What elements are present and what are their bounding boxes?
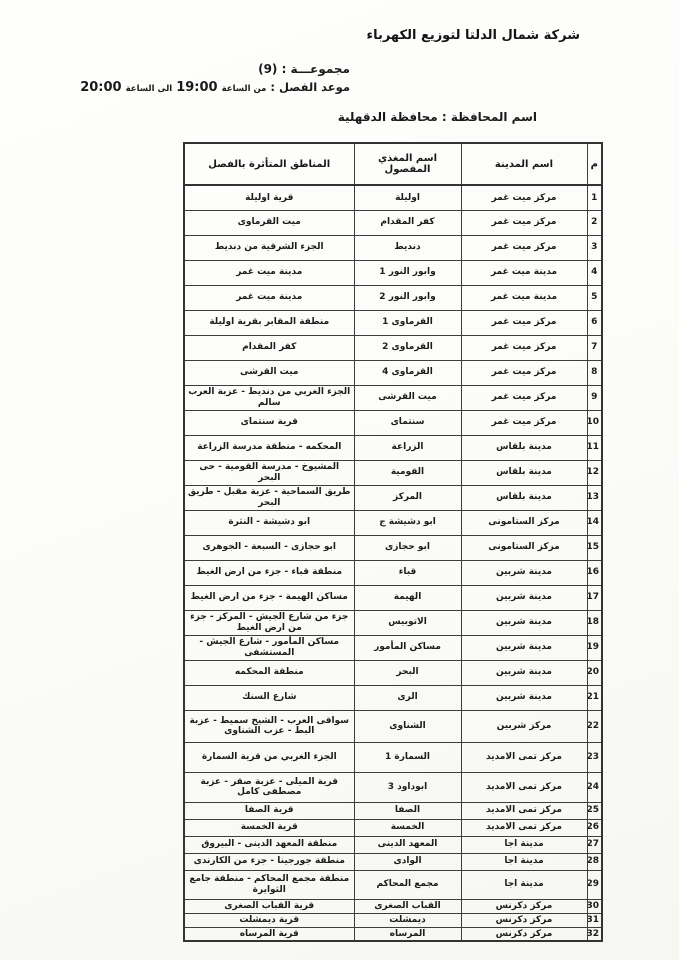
areas-cell: قرية القباب الصغرى: [184, 899, 354, 913]
table-row: 18مدينة شربينالاتوبيسجزء من شارع الجيش -…: [184, 610, 602, 635]
table-row: 26مركز تمى الامديدالخمسةقرية الخمسة: [184, 819, 602, 836]
outage-from-time: 19:00: [176, 80, 217, 95]
row-number-cell: 13: [587, 485, 602, 510]
city-cell: مدينة شربين: [461, 685, 587, 710]
feeder-cell: الزراعة: [354, 435, 461, 460]
column-header-city: اسم المدينة: [461, 143, 587, 185]
table-row: 27مدينة اجاالمعهد الدينىمنطقة المعهد الد…: [184, 836, 602, 853]
city-cell: مركز دكرنس: [461, 913, 587, 927]
city-cell: مركز ميت غمر: [461, 235, 587, 260]
city-cell: مركز ميت غمر: [461, 310, 587, 335]
row-number-cell: 9: [587, 385, 602, 410]
feeder-cell: الرى: [354, 685, 461, 710]
table-row: 12مدينة بلقاسالقوميةالمشيوخ - مدرسة القو…: [184, 460, 602, 485]
table-row: 8مركز ميت غمرالقرماوى 4ميت القرشى: [184, 360, 602, 385]
row-number-cell: 20: [587, 660, 602, 685]
areas-cell: قرية الميلى - عزبة صقر - عزبة مصطفى كامل: [184, 772, 354, 802]
areas-cell: منطقة قباء - جزء من ارض الغيط: [184, 560, 354, 585]
areas-cell: سواقى العرب - الشيخ سميط - عزبة البط - ع…: [184, 710, 354, 742]
city-cell: مدينة شربين: [461, 560, 587, 585]
city-cell: مدينة اجا: [461, 853, 587, 870]
row-number-cell: 30: [587, 899, 602, 913]
table-row: 13مدينة بلقاسالمركزطريق السماحية - عزبة …: [184, 485, 602, 510]
city-cell: مركز ميت غمر: [461, 185, 587, 210]
city-cell: مركز ميت غمر: [461, 210, 587, 235]
city-cell: مركز الستامونى: [461, 535, 587, 560]
column-header-feeder: اسم المغذي المفصول: [354, 143, 461, 185]
city-cell: مدينة شربين: [461, 660, 587, 685]
row-number-cell: 32: [587, 927, 602, 941]
row-number-cell: 10: [587, 410, 602, 435]
city-cell: مدينة شربين: [461, 635, 587, 660]
table-row: 10مركز ميت غمرسنتماىقرية سنتماى: [184, 410, 602, 435]
row-number-cell: 4: [587, 260, 602, 285]
row-number-cell: 15: [587, 535, 602, 560]
outage-schedule-table: م اسم المدينة اسم المغذي المفصول المناطق…: [183, 142, 603, 942]
areas-cell: قرية الخمسة: [184, 819, 354, 836]
table-row: 7مركز ميت غمرالقرماوى 2كفر المقدام: [184, 335, 602, 360]
areas-cell: قرية المرساه: [184, 927, 354, 941]
table-row: 28مدينة اجاالوادىمنطقة جورجينا - جزء من …: [184, 853, 602, 870]
outage-time-label: موعد الفصل : من الساعة 19:00 الى الساعة …: [80, 80, 350, 95]
table-row: 2مركز ميت غمركفر المقدامميت القرماوى: [184, 210, 602, 235]
areas-cell: ابو حجازى - السبعة - الجوهرى: [184, 535, 354, 560]
table-row: 4مدينة ميت غمروابور النور 1مدينة ميت غمر: [184, 260, 602, 285]
city-cell: مركز تمى الامديد: [461, 802, 587, 819]
table-row: 14مركز الستامونىابو دشيشة جابو دشيشة - ا…: [184, 510, 602, 535]
feeder-cell: الهيمة: [354, 585, 461, 610]
city-cell: مدينة بلقاس: [461, 435, 587, 460]
table-row: 20مدينة شربينالبحرمنطقة المحكمه: [184, 660, 602, 685]
feeder-cell: القومية: [354, 460, 461, 485]
feeder-cell: القباب الصغرى: [354, 899, 461, 913]
table-row: 11مدينة بلقاسالزراعةالمحكمه - منطقة مدرس…: [184, 435, 602, 460]
row-number-cell: 12: [587, 460, 602, 485]
areas-cell: منطقة جورجينا - جزء من الكارندى: [184, 853, 354, 870]
feeder-cell: ابوداود 3: [354, 772, 461, 802]
feeder-cell: وابور النور 2: [354, 285, 461, 310]
table-row: 19مدينة شربينمساكن المأمورمساكن المأمور …: [184, 635, 602, 660]
column-header-serial: م: [587, 143, 602, 185]
feeder-cell: الخمسة: [354, 819, 461, 836]
feeder-cell: القرماوى 1: [354, 310, 461, 335]
areas-cell: مساكن المأمور - شارع الجيش - المستشفى: [184, 635, 354, 660]
feeder-cell: القرماوى 2: [354, 335, 461, 360]
areas-cell: منطقة مجمع المحاكم - منطقة جامع الثوايرة: [184, 870, 354, 899]
table-row: 21مدينة شربينالرىشارع السنك: [184, 685, 602, 710]
outage-from-word: من الساعة: [222, 84, 267, 94]
areas-cell: مساكن الهيمة - جزء من ارض الغيط: [184, 585, 354, 610]
city-cell: مدينة ميت غمر: [461, 260, 587, 285]
row-number-cell: 7: [587, 335, 602, 360]
areas-cell: المحكمه - منطقة مدرسة الزراعة: [184, 435, 354, 460]
row-number-cell: 1: [587, 185, 602, 210]
row-number-cell: 8: [587, 360, 602, 385]
city-cell: مركز دكرنس: [461, 927, 587, 941]
row-number-cell: 5: [587, 285, 602, 310]
row-number-cell: 3: [587, 235, 602, 260]
areas-cell: طريق السماحية - عزبة مقبل - طريق البحر: [184, 485, 354, 510]
feeder-cell: اوليلة: [354, 185, 461, 210]
areas-cell: قرية اوليلة: [184, 185, 354, 210]
row-number-cell: 24: [587, 772, 602, 802]
feeder-cell: المعهد الدينى: [354, 836, 461, 853]
feeder-cell: الاتوبيس: [354, 610, 461, 635]
table-row: 17مدينة شربينالهيمةمساكن الهيمة - جزء من…: [184, 585, 602, 610]
areas-cell: قرية ديمشلت: [184, 913, 354, 927]
feeder-cell: وابور النور 1: [354, 260, 461, 285]
city-cell: مدينة اجا: [461, 870, 587, 899]
city-cell: مدينة بلقاس: [461, 460, 587, 485]
areas-cell: قرية سنتماى: [184, 410, 354, 435]
outage-to-word: الى الساعة: [126, 84, 173, 94]
city-cell: مركز ميت غمر: [461, 410, 587, 435]
feeder-cell: المرساه: [354, 927, 461, 941]
table-row: 25مركز تمى الامديدالصفاقرية الصفا: [184, 802, 602, 819]
company-title: شركة شمال الدلتا لتوزيع الكهرباء: [366, 28, 580, 43]
table-row: 29مدينة اجامجمع المحاكممنطقة مجمع المحاك…: [184, 870, 602, 899]
areas-cell: منطقة المقابر بقرية اوليلة: [184, 310, 354, 335]
areas-cell: منطقة المعهد الدينى - البيروق: [184, 836, 354, 853]
feeder-cell: مساكن المأمور: [354, 635, 461, 660]
row-number-cell: 25: [587, 802, 602, 819]
areas-cell: الجزء الشرقية من دنديط: [184, 235, 354, 260]
city-cell: مركز تمى الامديد: [461, 772, 587, 802]
areas-cell: شارع السنك: [184, 685, 354, 710]
city-cell: مركز تمى الامديد: [461, 742, 587, 772]
row-number-cell: 2: [587, 210, 602, 235]
feeder-cell: الشناوى: [354, 710, 461, 742]
table-row: 15مركز الستامونىابو حجازىابو حجازى - الس…: [184, 535, 602, 560]
areas-cell: الجزء الغربي من قرية السمارة: [184, 742, 354, 772]
city-cell: مركز شربين: [461, 710, 587, 742]
table-row: 32مركز دكرنسالمرساهقرية المرساه: [184, 927, 602, 941]
city-cell: مركز ميت غمر: [461, 335, 587, 360]
row-number-cell: 19: [587, 635, 602, 660]
group-label: مجموعـــة : (9): [80, 62, 350, 76]
feeder-cell: السمارة 1: [354, 742, 461, 772]
feeder-cell: كفر المقدام: [354, 210, 461, 235]
row-number-cell: 6: [587, 310, 602, 335]
areas-cell: منطقة المحكمه: [184, 660, 354, 685]
city-cell: مدينة شربين: [461, 585, 587, 610]
row-number-cell: 21: [587, 685, 602, 710]
city-cell: مدينة ميت غمر: [461, 285, 587, 310]
feeder-cell: مجمع المحاكم: [354, 870, 461, 899]
group-block: مجموعـــة : (9) موعد الفصل : من الساعة 1…: [80, 62, 350, 95]
feeder-cell: ميت القرشى: [354, 385, 461, 410]
table-row: 3مركز ميت غمردنديطالجزء الشرقية من دنديط: [184, 235, 602, 260]
table-row: 5مدينة ميت غمروابور النور 2مدينة ميت غمر: [184, 285, 602, 310]
table-row: 1مركز ميت غمراوليلةقرية اوليلة: [184, 185, 602, 210]
feeder-cell: ديمشلت: [354, 913, 461, 927]
feeder-cell: الوادى: [354, 853, 461, 870]
row-number-cell: 31: [587, 913, 602, 927]
table-row: 30مركز دكرنسالقباب الصغرىقرية القباب الص…: [184, 899, 602, 913]
feeder-cell: قباء: [354, 560, 461, 585]
feeder-cell: دنديط: [354, 235, 461, 260]
row-number-cell: 14: [587, 510, 602, 535]
city-cell: مركز تمى الامديد: [461, 819, 587, 836]
table-header-row: م اسم المدينة اسم المغذي المفصول المناطق…: [184, 143, 602, 185]
city-cell: مركز دكرنس: [461, 899, 587, 913]
row-number-cell: 23: [587, 742, 602, 772]
row-number-cell: 22: [587, 710, 602, 742]
city-cell: مدينة بلقاس: [461, 485, 587, 510]
city-cell: مركز ميت غمر: [461, 360, 587, 385]
city-cell: مركز ميت غمر: [461, 385, 587, 410]
table-row: 9مركز ميت غمرميت القرشىالجزء الغربي من د…: [184, 385, 602, 410]
feeder-cell: القرماوى 4: [354, 360, 461, 385]
areas-cell: ميت القرماوى: [184, 210, 354, 235]
feeder-cell: سنتماى: [354, 410, 461, 435]
feeder-cell: ابو حجازى: [354, 535, 461, 560]
areas-cell: قرية الصفا: [184, 802, 354, 819]
table-row: 22مركز شربينالشناوىسواقى العرب - الشيخ س…: [184, 710, 602, 742]
areas-cell: ابو دشيشة - النثرة: [184, 510, 354, 535]
areas-cell: الجزء الغربي من دنديط - عزبة العرب سالم: [184, 385, 354, 410]
areas-cell: مدينة ميت غمر: [184, 260, 354, 285]
feeder-cell: المركز: [354, 485, 461, 510]
city-cell: مدينة اجا: [461, 836, 587, 853]
row-number-cell: 11: [587, 435, 602, 460]
areas-cell: ميت القرشى: [184, 360, 354, 385]
outage-to-time: 20:00: [80, 80, 121, 95]
governorate-label: اسم المحافظة : محافظة الدقهلية: [338, 110, 537, 124]
feeder-cell: ابو دشيشة ج: [354, 510, 461, 535]
table-row: 31مركز دكرنسديمشلتقرية ديمشلت: [184, 913, 602, 927]
table-row: 6مركز ميت غمرالقرماوى 1منطقة المقابر بقر…: [184, 310, 602, 335]
row-number-cell: 17: [587, 585, 602, 610]
city-cell: مدينة شربين: [461, 610, 587, 635]
column-header-areas: المناطق المتأثرة بالفصل: [184, 143, 354, 185]
city-cell: مركز الستامونى: [461, 510, 587, 535]
row-number-cell: 29: [587, 870, 602, 899]
scanned-document-page: شركة شمال الدلتا لتوزيع الكهرباء مجموعــ…: [0, 0, 679, 960]
row-number-cell: 27: [587, 836, 602, 853]
row-number-cell: 16: [587, 560, 602, 585]
row-number-cell: 28: [587, 853, 602, 870]
areas-cell: مدينة ميت غمر: [184, 285, 354, 310]
areas-cell: جزء من شارع الجيش - المركز - جزء من ارض …: [184, 610, 354, 635]
areas-cell: كفر المقدام: [184, 335, 354, 360]
areas-cell: المشيوخ - مدرسة القومية - حى البحر: [184, 460, 354, 485]
table-body: 1مركز ميت غمراوليلةقرية اوليلة2مركز ميت …: [184, 185, 602, 941]
feeder-cell: الصفا: [354, 802, 461, 819]
row-number-cell: 26: [587, 819, 602, 836]
table-row: 23مركز تمى الامديدالسمارة 1الجزء الغربي …: [184, 742, 602, 772]
table-row: 24مركز تمى الامديدابوداود 3قرية الميلى -…: [184, 772, 602, 802]
table-row: 16مدينة شربينقباءمنطقة قباء - جزء من ارض…: [184, 560, 602, 585]
row-number-cell: 18: [587, 610, 602, 635]
outage-time-prefix: موعد الفصل :: [270, 80, 350, 94]
feeder-cell: البحر: [354, 660, 461, 685]
